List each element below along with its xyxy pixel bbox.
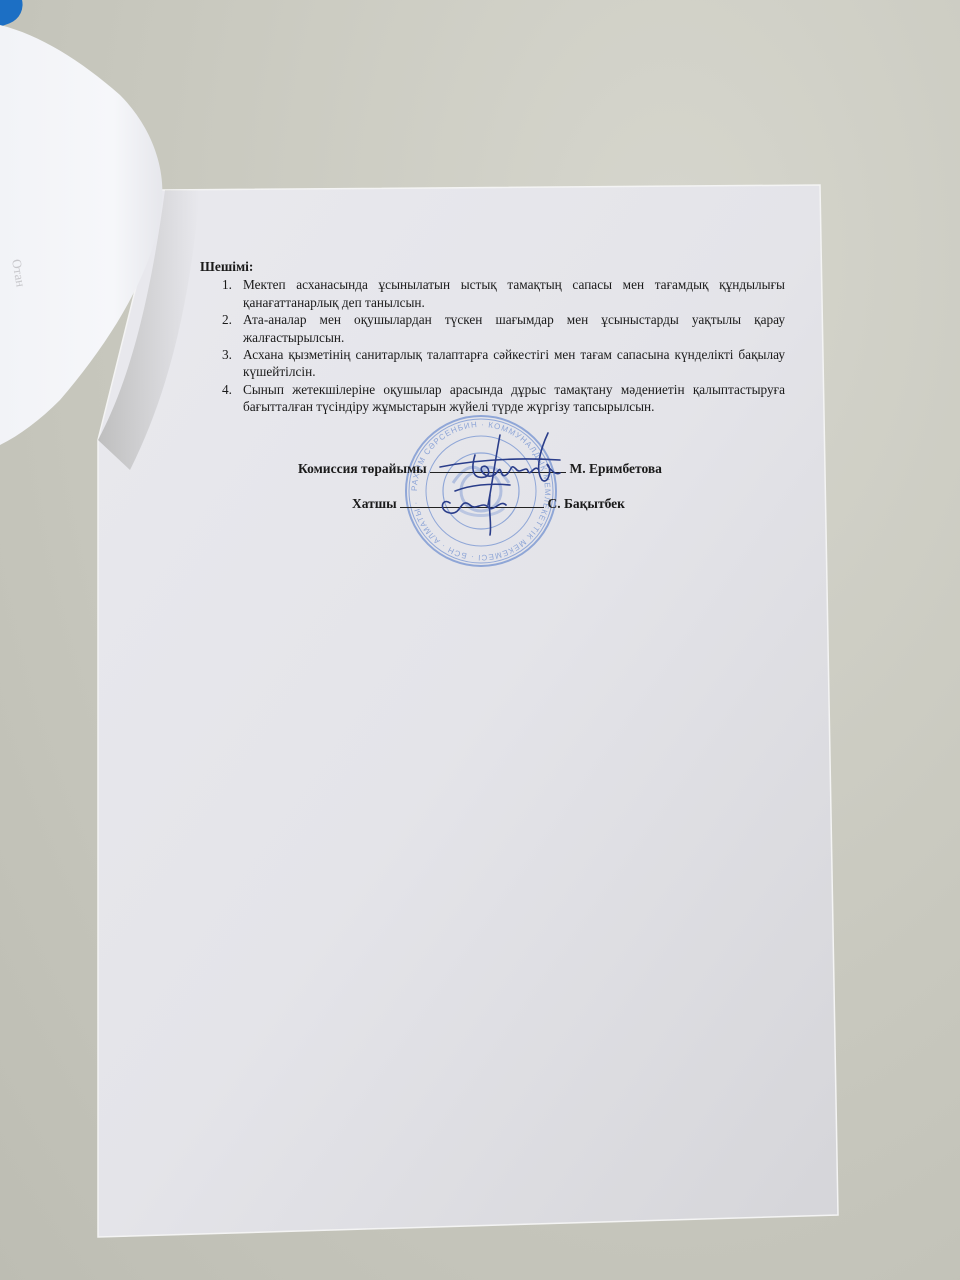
- signatory-role: Хатшы: [352, 496, 397, 511]
- decision-heading: Шешімі:: [200, 258, 785, 275]
- decision-item: 1.Мектеп асханасында ұсынылатын ыстық та…: [200, 276, 785, 311]
- signatory-role: Комиссия төрайымы: [298, 461, 427, 476]
- handwritten-signatures: [430, 425, 590, 545]
- paper-shapes: Отан: [0, 0, 960, 1280]
- svg-text:Отан: Отан: [9, 258, 29, 288]
- decision-item: 3.Асхана қызметінің санитарлық талаптарғ…: [200, 346, 785, 381]
- decision-item: 2.Ата-аналар мен оқушылардан түскен шағы…: [200, 311, 785, 346]
- decision-item: 4.Сынып жетекшілеріне оқушылар арасында …: [200, 381, 785, 416]
- folded-page: [0, 25, 162, 445]
- blue-object: [0, 0, 28, 30]
- decision-list: 1.Мектеп асханасында ұсынылатын ыстық та…: [200, 276, 785, 415]
- document-body: Шешімі: 1.Мектеп асханасында ұсынылатын …: [200, 258, 785, 416]
- paper-sheets: Отан: [0, 0, 960, 1280]
